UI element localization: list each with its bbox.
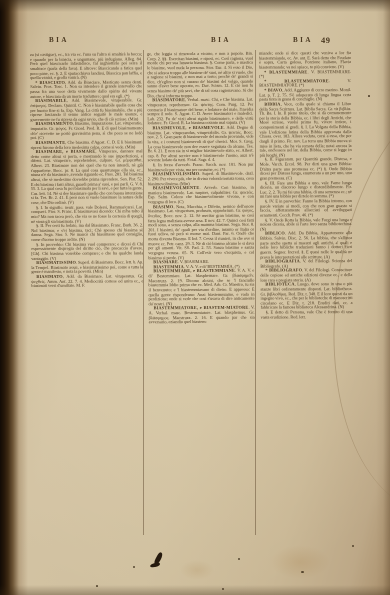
page-bottom-shadow [0,585,390,595]
ink-speck [301,571,304,573]
column-head-right: BIA [293,36,313,44]
dictionary-entry: BIASIMO, Nota, Macchia, e Difetto, nemic… [148,204,254,260]
entry-headword: BIASIMANTE [36,140,66,145]
ink-speck [96,585,98,587]
paper-stain [270,545,330,579]
entry-headword: BIASIMAMENTO [35,121,72,126]
page-top-shadow [0,0,390,12]
entry-headword: BIBLICO [265,231,285,236]
text-column-3: miande; onde si dice questi che veniva a… [259,51,354,528]
dictionary-entry: BIASIMATO, Add. da Biasimare. Lat. vitup… [31,274,143,289]
ink-speck [352,545,354,547]
scanned-book-page: BIA BIA BIA 49 za (sì castigue), ec., tr… [0,0,390,595]
dictionary-entry: §. IV. E in proverbio: Fanno la Bibbia i… [260,199,352,218]
entry-headword: * BLASTEMMIATORE [264,78,329,83]
entry-headword: BIBBIA [264,101,280,106]
entry-headword: BIASIMATORE [152,97,185,102]
text-column-1: za (sì castigue), ec., tra via ec. l'una… [30,52,145,534]
entry-headword: BIASIMEVOLE, e BIASMEVOLE [152,125,223,130]
book-gutter-shadow [0,0,30,595]
ink-speck [238,558,240,560]
entry-headword: BIASIMEVOLMENTE [153,185,200,190]
running-head: BIA BIA BIA 49 [0,36,390,48]
column-head-center: BIA [211,36,231,44]
entry-headword: BIASIMEVOLISSIMO [153,171,200,176]
entry-headword: BIBLIOGRAFIA [265,258,300,263]
entry-headword: BIASTEMMIATORE, e BIASTEM-MIATORE [154,305,249,311]
dictionary-entry: BIASIMATORE, Verbal. masc. Chi, e Che bi… [147,98,253,126]
ink-speck [222,588,224,590]
dictionary-entry: BIASIMEVOLE, e BIASMEVOLE. Add. Degno di… [147,126,253,164]
entry-headword: BIASIMO [153,204,174,209]
dictionary-entry: BIASIMABILE, Add. Biasimevole, vituperab… [30,99,142,123]
dictionary-entry: BIBLICO. Add. Da Bibbia, Appartenente al… [260,231,352,259]
dictionary-entry: BIASIMAMENTO, Biasimo, Imputazione. Lat.… [30,122,142,141]
entry-headword: BIASIMABILE [35,98,66,103]
dictionary-entry: §. In proverbio: Chi biasima vuol comper… [31,242,143,261]
dictionary-entry: ge, che leggia si rimescola a vicano, e … [147,52,253,99]
dictionary-entry: * BIASCIATO, Add. da Biasciare, Masticat… [30,80,142,99]
entry-headword: BIBLIOTECA [265,282,294,287]
entry-headword: * BIASCIATO [35,80,65,85]
dictionary-entry: §. E detto di Persona, vale Che è fornit… [261,310,353,320]
ink-speck [368,95,370,97]
entry-headword: * BLASTEMMIARE [264,69,307,74]
dictionary-entry: BIBBIA, Voce, colla quale si chiama il L… [259,102,351,158]
page-number: 49 [321,35,331,45]
dictionary-entry: BIBLIOTECA, Luogo, dove sono in una o pi… [260,282,352,310]
text-column-2: ge, che leggia si rimescola a vicano, e … [147,52,256,534]
dictionary-entry: miande; onde si dice questi che veniva a… [259,51,351,70]
dictionary-entry: BIASTEMMIARE, e BLASTEMMIANE. V. A. V. e… [148,269,254,307]
dictionary-entry: §. II. Per certi fu lodato, ma dal Biasi… [31,223,143,242]
dictionary-entry: §. II. Figuratam. per Quantità grande, D… [260,157,352,181]
dictionary-entry: §. I. In signific. neutr. pass. vale Dol… [31,205,143,224]
ink-blot [150,562,161,568]
dictionary-entry: za (sì castigue), ec., tra via ec. l'una… [30,52,142,80]
dictionary-entry: BIASIMARE, e BIASMARE, Vituperare, danna… [31,149,143,205]
dictionary-entry: BIASTEMMIATORE, e BIASTEM-MIATORE. V. A.… [149,306,255,325]
entry-headword: BIASIMATO [36,274,63,279]
dictionary-entry: BIASIMEVOLMENTE. Avverb. Con biasimo, in… [148,186,254,205]
text-block: za (sì castigue), ec., tra via ec. l'una… [0,51,390,53]
paper-stain [180,560,214,580]
ink-speck [133,566,135,568]
entry-headword: * BIBLIOGRAFO [265,268,302,273]
entry-headword: BIASTEMMIARE, e BLASTEMMIANE [153,268,235,273]
entry-headword: * BIAVO [264,87,282,92]
dictionary-entry: §. III. Fare una Bibbia a uno, vale Farn… [260,181,352,200]
entry-headword: BIASIMATISSIMO [36,260,76,265]
entry-headword: BIASIMARE, e BIASMARE [36,149,96,154]
column-head-left: BIA [49,36,69,44]
